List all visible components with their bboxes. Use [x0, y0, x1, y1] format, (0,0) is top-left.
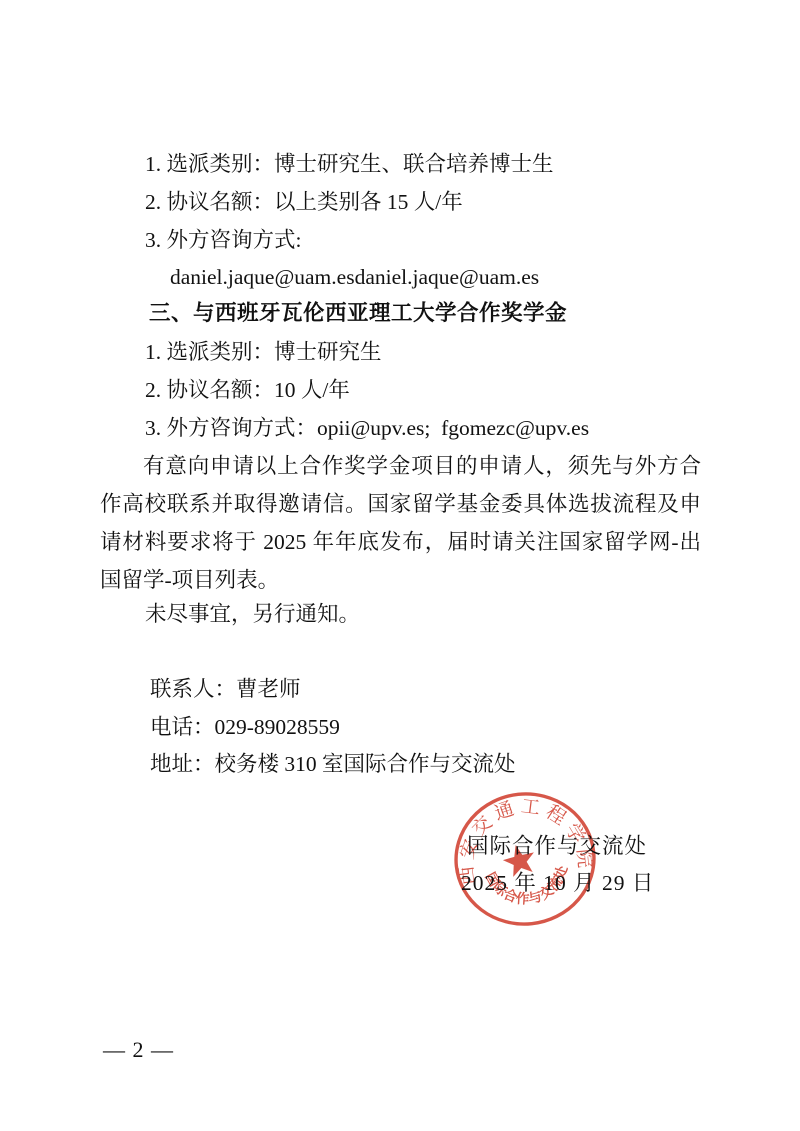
upv-item-contact: 3. 外方咨询方式：opii@upv.es; fgomezc@upv.es	[145, 416, 589, 441]
section-heading-upv: 三、与西班牙瓦伦西亚理工大学合作奖学金	[149, 301, 567, 326]
signature-department: 国际合作与交流处	[467, 834, 647, 859]
paragraph-line: 作高校联系并取得邀请信。国家留学基金委具体选拔流程及申	[100, 485, 701, 523]
contact-person: 联系人：曹老师	[150, 677, 301, 702]
uam-item-quota: 2. 协议名额：以上类别各 15 人/年	[145, 190, 463, 215]
contact-phone: 电话：029-89028559	[150, 715, 340, 740]
uam-email: daniel.jaque@uam.esdaniel.jaque@uam.es	[170, 265, 539, 290]
page-number: — 2 —	[103, 1037, 174, 1063]
paragraph-line: 有意向申请以上合作奖学金项目的申请人，须先与外方合	[100, 447, 701, 485]
signature-date: 2025 年 10 月 29 日	[461, 871, 654, 896]
paragraph-line: 请材料要求将于 2025 年年底发布，届时请关注国家留学网-出	[100, 523, 701, 561]
upv-item-quota: 2. 协议名额：10 人/年	[145, 378, 350, 403]
document-page: 1. 选派类别：博士研究生、联合培养博士生 2. 协议名额：以上类别各 15 人…	[0, 0, 800, 1131]
uam-item-category: 1. 选派类别：博士研究生、联合培养博士生	[145, 152, 554, 177]
uam-item-contact: 3. 外方咨询方式:	[145, 228, 301, 253]
paragraph-line: 国留学-项目列表。	[100, 561, 701, 599]
official-seal: 西安交通工程学院 国际合作与交流处	[452, 791, 598, 931]
application-paragraph: 有意向申请以上合作奖学金项目的申请人，须先与外方合 作高校联系并取得邀请信。国家…	[100, 447, 701, 599]
closing-line: 未尽事宜，另行通知。	[145, 602, 360, 627]
contact-address: 地址：校务楼 310 室国际合作与交流处	[150, 752, 516, 777]
upv-item-category: 1. 选派类别：博士研究生	[145, 340, 382, 365]
